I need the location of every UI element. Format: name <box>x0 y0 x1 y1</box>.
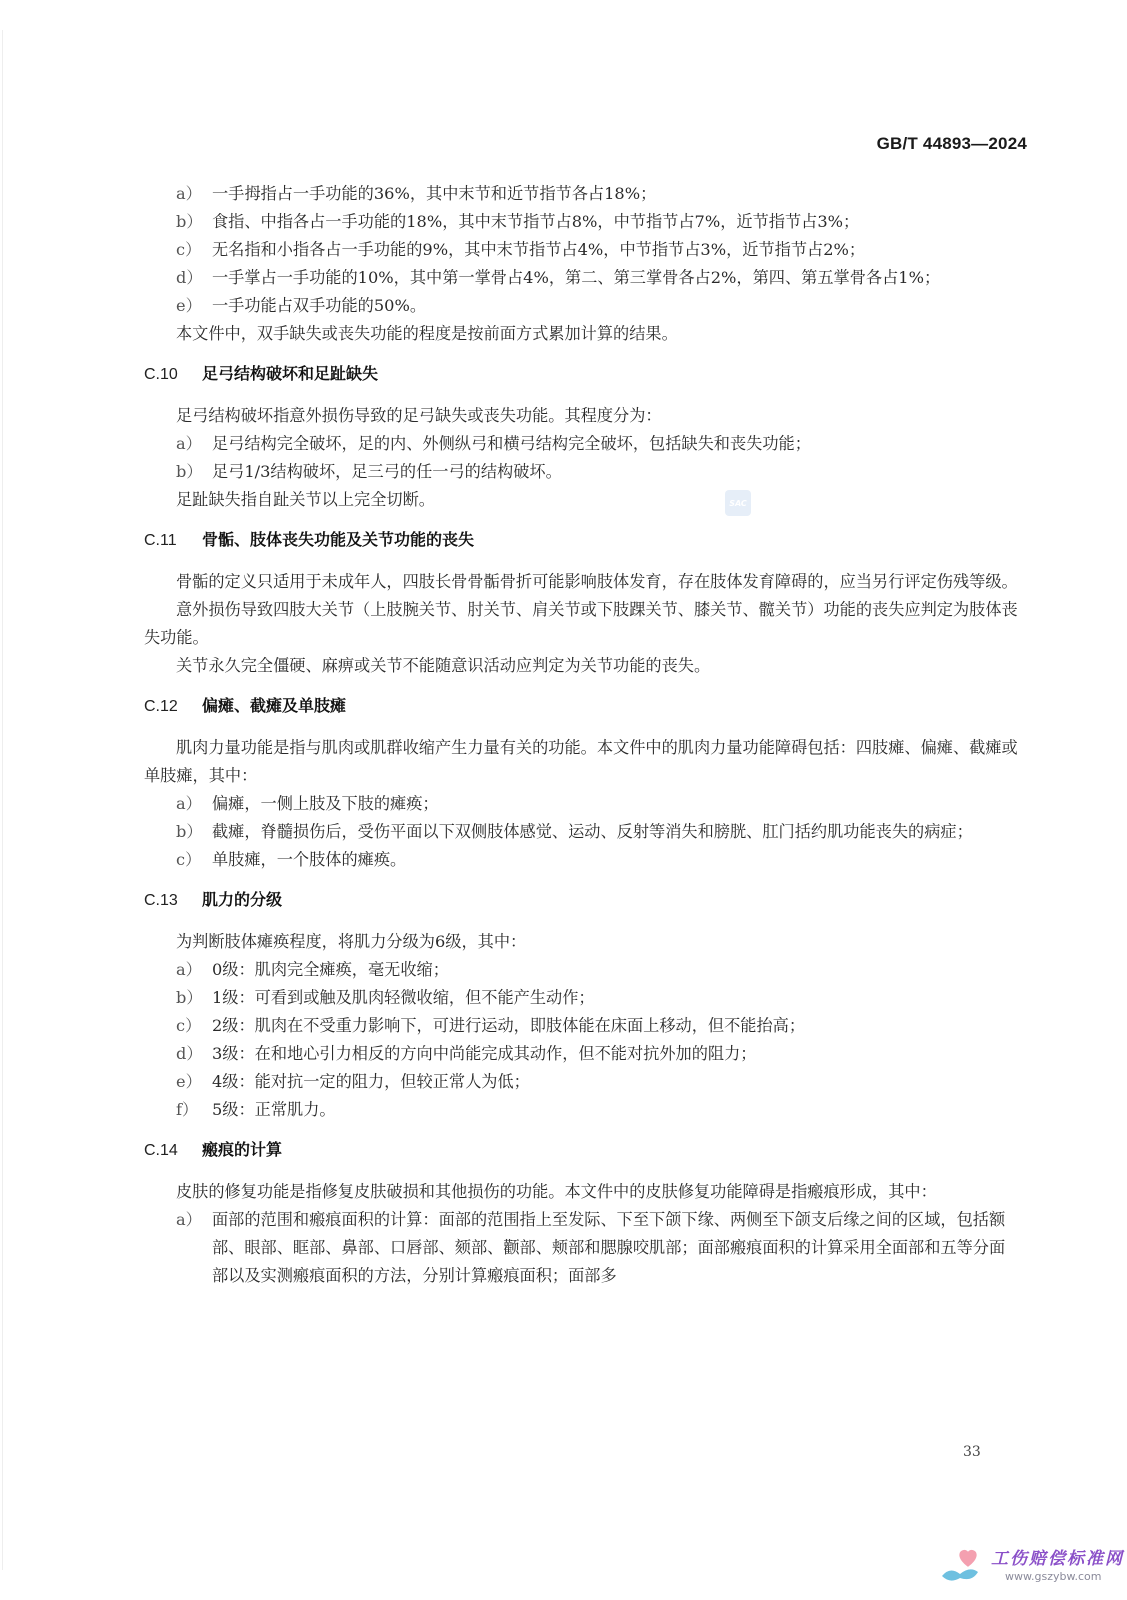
list-item-text: 截瘫，脊髓损伤后，受伤平面以下双侧肢体感觉、运动、反射等消失和膀胱、肛门括约肌功… <box>212 822 973 841</box>
section-heading-c13: C.13肌力的分级 <box>144 888 1019 914</box>
list-item-text: 无名指和小指各占一手功能的9%，其中末节指节占4%，中节指节占3%，近节指节占2… <box>212 240 865 259</box>
list-item-text: 偏瘫，一侧上肢及下肢的瘫痪； <box>212 794 439 813</box>
paragraph: 关节永久完全僵硬、麻痹或关节不能随意识活动应判定为关节功能的丧失。 <box>144 652 1019 680</box>
list-marker: e） <box>176 1068 202 1096</box>
document-body: a）一手拇指占一手功能的36%，其中末节和近节指节各占18%； b）食指、中指各… <box>144 180 1019 1290</box>
list-marker: b） <box>176 818 203 846</box>
site-logo-name: 工伤赔偿标准网 <box>991 1544 1124 1569</box>
list-marker: a） <box>176 430 202 458</box>
list-marker: a） <box>176 790 202 818</box>
hand-function-list: a）一手拇指占一手功能的36%，其中末节和近节指节各占18%； b）食指、中指各… <box>144 180 1019 320</box>
list-item: b）截瘫，脊髓损伤后，受伤平面以下双侧肢体感觉、运动、反射等消失和膀胱、肛门括约… <box>144 818 1019 846</box>
section-title: 骨骺、肢体丧失功能及关节功能的丧失 <box>202 532 474 549</box>
section-lead: 肌肉力量功能是指与肌肉或肌群收缩产生力量有关的功能。本文件中的肌肉力量功能障碍包… <box>144 734 1019 790</box>
section-title: 足弓结构破坏和足趾缺失 <box>202 366 378 383</box>
list-item: a）足弓结构完全破坏，足的内、外侧纵弓和横弓结构完全破坏，包括缺失和丧失功能； <box>144 430 1019 458</box>
list-item: b）足弓1/3结构破坏，足三弓的任一弓的结构破坏。 <box>144 458 1019 486</box>
sac-watermark-icon: SAC <box>725 490 751 516</box>
section-title: 瘢痕的计算 <box>202 1142 282 1159</box>
butterfly-wing-icon <box>940 1566 980 1584</box>
section-tail: 足趾缺失指自趾关节以上完全切断。 <box>144 486 1019 514</box>
list-item: c）单肢瘫，一个肢体的瘫痪。 <box>144 846 1019 874</box>
list-item: b）1级：可看到或触及肌肉轻微收缩，但不能产生动作； <box>144 984 1019 1012</box>
section-heading-c14: C.14瘢痕的计算 <box>144 1138 1019 1164</box>
paragraph: 意外损伤导致四肢大关节（上肢腕关节、肘关节、肩关节或下肢踝关节、膝关节、髋关节）… <box>144 596 1019 652</box>
list-marker: c） <box>176 236 201 264</box>
list-item-text: 一手拇指占一手功能的36%，其中末节和近节指节各占18%； <box>212 184 656 203</box>
list-item: c）2级：肌肉在不受重力影响下，可进行运动，即肢体能在床面上移动，但不能抬高； <box>144 1012 1019 1040</box>
list-item-text: 单肢瘫，一个肢体的瘫痪。 <box>212 850 406 869</box>
list-marker: f） <box>176 1096 198 1124</box>
section-title: 偏瘫、截瘫及单肢瘫 <box>202 698 346 715</box>
list-item-text: 4级：能对抗一定的阻力，但较正常人为低； <box>212 1072 530 1091</box>
page-number: 33 <box>963 1444 981 1460</box>
list-item: b）食指、中指各占一手功能的18%，其中末节指节占8%，中节指节占7%，近节指节… <box>144 208 1019 236</box>
list-marker: c） <box>176 1012 201 1040</box>
section-title: 肌力的分级 <box>202 892 282 909</box>
section-number: C.14 <box>144 1138 202 1164</box>
section-number: C.10 <box>144 362 202 388</box>
page-edge <box>2 30 3 1570</box>
section-number: C.12 <box>144 694 202 720</box>
list-item-text: 足弓结构完全破坏，足的内、外侧纵弓和横弓结构完全破坏，包括缺失和丧失功能； <box>212 434 811 453</box>
intro-note: 本文件中，双手缺失或丧失功能的程度是按前面方式累加计算的结果。 <box>144 320 1019 348</box>
list-item: d）3级：在和地心引力相反的方向中尚能完成其动作，但不能对抗外加的阻力； <box>144 1040 1019 1068</box>
list-item: a）0级：肌肉完全瘫痪，毫无收缩； <box>144 956 1019 984</box>
list-marker: b） <box>176 208 203 236</box>
list-marker: a） <box>176 956 202 984</box>
list-marker: d） <box>176 264 203 292</box>
list-item-text: 面部的范围和瘢痕面积的计算：面部的范围指上至发际、下至下颌下缘、两侧至下颌支后缘… <box>212 1210 1005 1285</box>
section-heading-c12: C.12偏瘫、截瘫及单肢瘫 <box>144 694 1019 720</box>
paragraph: 骨骺的定义只适用于未成年人，四肢长骨骨骺骨折可能影响肢体发育，存在肢体发育障碍的… <box>144 568 1019 596</box>
section-lead: 皮肤的修复功能是指修复皮肤破损和其他损伤的功能。本文件中的皮肤修复功能障碍是指瘢… <box>144 1178 1019 1206</box>
list-marker: b） <box>176 458 203 486</box>
section-lead: 为判断肢体瘫痪程度，将肌力分级为6级，其中： <box>144 928 1019 956</box>
site-logo: 工伤赔偿标准网 www.gszybw.com <box>935 1540 1125 1595</box>
section-number: C.13 <box>144 888 202 914</box>
section-heading-c10: C.10足弓结构破坏和足趾缺失 <box>144 362 1019 388</box>
list-marker: c） <box>176 846 201 874</box>
section-heading-c11: C.11骨骺、肢体丧失功能及关节功能的丧失 <box>144 528 1019 554</box>
list-item: a）一手拇指占一手功能的36%，其中末节和近节指节各占18%； <box>144 180 1019 208</box>
list-item-text: 0级：肌肉完全瘫痪，毫无收缩； <box>212 960 449 979</box>
list-marker: d） <box>176 1040 203 1068</box>
list-item-text: 一手功能占双手功能的50%。 <box>212 296 426 315</box>
list-item-text: 一手掌占一手功能的10%，其中第一掌骨占4%，第二、第三掌骨各占2%，第四、第五… <box>212 268 940 287</box>
list-marker: b） <box>176 984 203 1012</box>
list-item-text: 5级：正常肌力。 <box>212 1100 336 1119</box>
section-number: C.11 <box>144 528 202 554</box>
list-item: f）5级：正常肌力。 <box>144 1096 1019 1124</box>
list-marker: a） <box>176 1206 202 1234</box>
site-logo-url: www.gszybw.com <box>1005 1570 1101 1583</box>
list-item-text: 3级：在和地心引力相反的方向中尚能完成其动作，但不能对抗外加的阻力； <box>212 1044 756 1063</box>
list-item-text: 1级：可看到或触及肌肉轻微收缩，但不能产生动作； <box>212 988 595 1007</box>
list-item-text: 足弓1/3结构破坏，足三弓的任一弓的结构破坏。 <box>212 462 562 481</box>
list-item: a）偏瘫，一侧上肢及下肢的瘫痪； <box>144 790 1019 818</box>
list-marker: e） <box>176 292 202 320</box>
standard-number: GB/T 44893—2024 <box>877 134 1027 154</box>
list-item: c）无名指和小指各占一手功能的9%，其中末节指节占4%，中节指节占3%，近节指节… <box>144 236 1019 264</box>
section-lead: 足弓结构破坏指意外损伤导致的足弓缺失或丧失功能。其程度分为： <box>144 402 1019 430</box>
list-item: a）面部的范围和瘢痕面积的计算：面部的范围指上至发际、下至下颌下缘、两侧至下颌支… <box>144 1206 1019 1290</box>
list-item-text: 食指、中指各占一手功能的18%，其中末节指节占8%，中节指节占7%，近节指节占3… <box>212 212 859 231</box>
list-item-text: 2级：肌肉在不受重力影响下，可进行运动，即肢体能在床面上移动，但不能抬高； <box>212 1016 805 1035</box>
list-item: d）一手掌占一手功能的10%，其中第一掌骨占4%，第二、第三掌骨各占2%，第四、… <box>144 264 1019 292</box>
list-marker: a） <box>176 180 202 208</box>
list-item: e）4级：能对抗一定的阻力，但较正常人为低； <box>144 1068 1019 1096</box>
list-item: e）一手功能占双手功能的50%。 <box>144 292 1019 320</box>
